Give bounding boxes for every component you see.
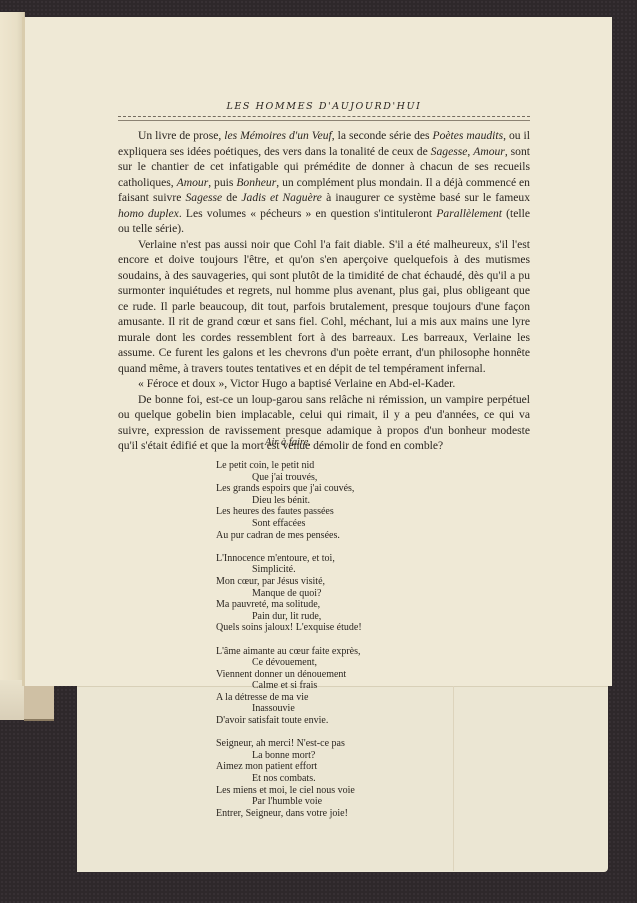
poem-line: Inassouvie <box>216 703 362 715</box>
poem-line: Les heures des fautes passées <box>216 506 362 518</box>
poem-line: Simplicité. <box>216 564 362 576</box>
stanza: Seigneur, ah merci! N'est-ce pasLa bonne… <box>216 738 362 819</box>
poem-line: Seigneur, ah merci! N'est-ce pas <box>216 738 362 750</box>
poem-line: D'avoir satisfait toute envie. <box>216 715 362 727</box>
poem-line: Ce dévouement, <box>216 657 362 669</box>
poem-line: Entrer, Seigneur, dans votre joie! <box>216 808 362 820</box>
poem-line: L'âme aimante au cœur faite exprès, <box>216 646 362 658</box>
italic-title: Parallèlement <box>436 207 502 220</box>
poem-line: Dieu les bénit. <box>216 495 362 507</box>
paragraph: Un livre de prose, les Mémoires d'un Veu… <box>118 128 530 237</box>
paragraph: « Féroce et doux », Victor Hugo a baptis… <box>118 376 530 392</box>
italic-title: Bonheur <box>236 176 276 189</box>
stanza: L'âme aimante au cœur faite exprès,Ce dé… <box>216 646 362 727</box>
poem-line: Les miens et moi, le ciel nous voie <box>216 785 362 797</box>
poem-line: La bonne mort? <box>216 750 362 762</box>
poem-line: Ma pauvreté, ma solitude, <box>216 599 362 611</box>
text-run: Verlaine n'est pas aussi noir que Cohl l… <box>118 238 530 375</box>
page-content: LES HOMMES D'AUJOURD'HUI Un livre de pro… <box>0 0 637 903</box>
poem-line: Pain dur, lit rude, <box>216 611 362 623</box>
poem-line: Sont effacées <box>216 518 362 530</box>
stanza: L'Innocence m'entoure, et toi,Simplicité… <box>216 553 362 634</box>
italic-title: Amour <box>473 145 505 158</box>
text-run: à inaugurer ce système basé sur le fameu… <box>322 191 530 204</box>
poem-line: Les grands espoirs que j'ai couvés, <box>216 483 362 495</box>
body-text: Un livre de prose, les Mémoires d'un Veu… <box>118 128 530 454</box>
italic-title: homo duplex <box>118 207 179 220</box>
poem-line: Mon cœur, par Jésus visité, <box>216 576 362 588</box>
poem: Le petit coin, le petit nidQue j'ai trou… <box>216 460 362 831</box>
italic-title: Jadis et Naguère <box>241 191 322 204</box>
poem-line: Calme et si frais <box>216 680 362 692</box>
paragraph: Verlaine n'est pas aussi noir que Cohl l… <box>118 237 530 377</box>
poem-line: Le petit coin, le petit nid <box>216 460 362 472</box>
running-head: LES HOMMES D'AUJOURD'HUI <box>118 101 530 112</box>
poem-line: Quels soins jaloux! L'exquise étude! <box>216 622 362 634</box>
text-run: « Féroce et doux », Victor Hugo a baptis… <box>138 377 455 390</box>
poem-line: Aimez mon patient effort <box>216 761 362 773</box>
italic-title: Amour <box>177 176 209 189</box>
text-run: Un livre de prose, <box>138 129 224 142</box>
text-run: , puis <box>208 176 236 189</box>
italic-title: Poètes maudits <box>433 129 504 142</box>
poem-line: Viennent donner un dénouement <box>216 669 362 681</box>
poem-title: Air à faire. <box>118 437 458 448</box>
poem-line: Par l'humble voie <box>216 796 362 808</box>
header-rule <box>118 116 530 121</box>
italic-title: les Mémoires d'un Veuf <box>224 129 332 142</box>
poem-line: L'Innocence m'entoure, et toi, <box>216 553 362 565</box>
poem-line: Manque de quoi? <box>216 588 362 600</box>
text-run: , la seconde série des <box>332 129 433 142</box>
poem-line: Et nos combats. <box>216 773 362 785</box>
stanza: Le petit coin, le petit nidQue j'ai trou… <box>216 460 362 541</box>
text-run: . Les volumes « pécheurs » en question s… <box>179 207 436 220</box>
italic-title: Sagesse <box>185 191 222 204</box>
poem-line: Que j'ai trouvés, <box>216 472 362 484</box>
text-run: de <box>222 191 241 204</box>
poem-line: Au pur cadran de mes pensées. <box>216 530 362 542</box>
italic-title: Sagesse <box>431 145 468 158</box>
poem-line: A la détresse de ma vie <box>216 692 362 704</box>
